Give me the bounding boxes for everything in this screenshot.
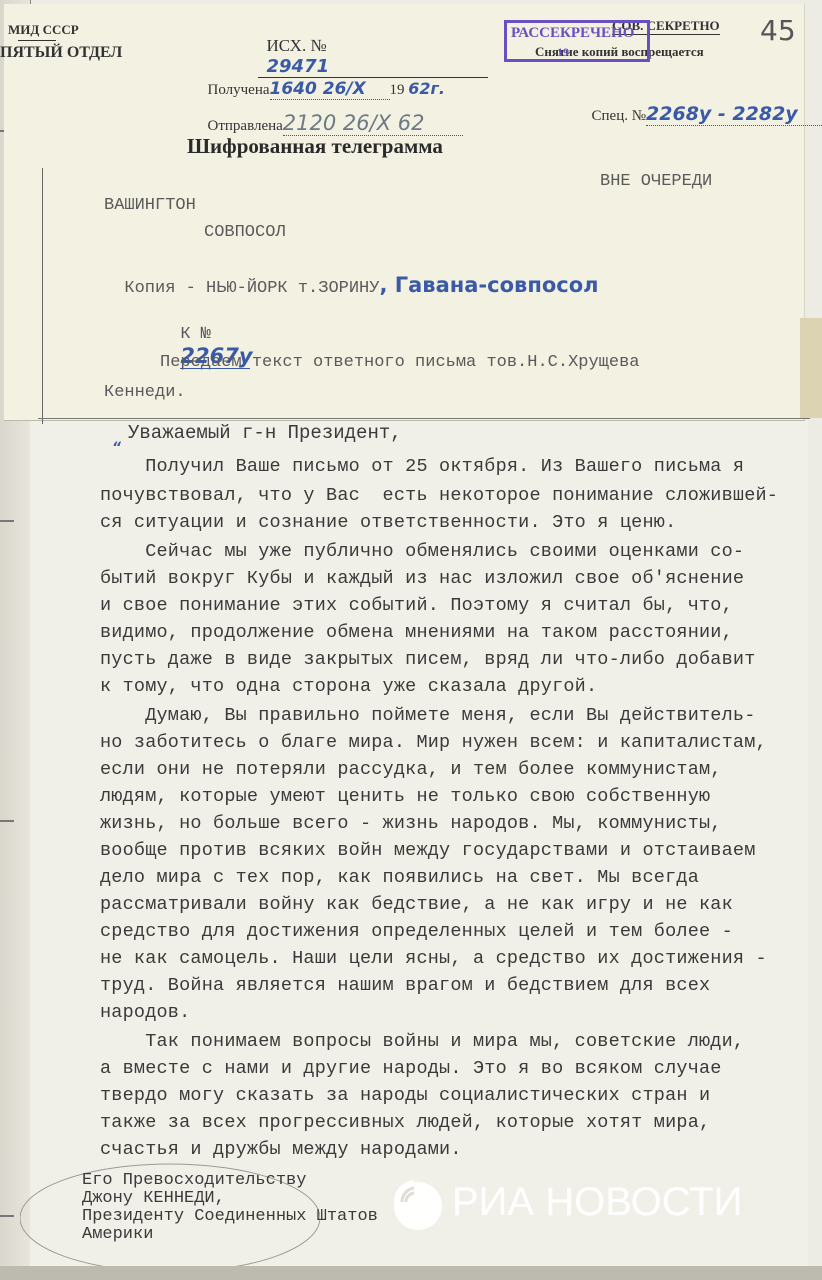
- page-number: 45: [760, 14, 796, 47]
- letter-line: труд. Война является нашим врагом и бедс…: [100, 975, 710, 996]
- spec-label: Спец. №: [592, 108, 647, 124]
- sent-field: Отправлена2120 26/X 62: [200, 94, 463, 136]
- addressee-line: Его Превосходительству: [82, 1172, 306, 1190]
- letter-line: Думаю, Вы правильно поймете меня, если В…: [100, 705, 756, 726]
- sent-label: Отправлена: [208, 118, 283, 134]
- department-label: ПЯТЫЙ ОТДЕЛ: [0, 44, 122, 62]
- margin-mark: “: [112, 440, 121, 456]
- intro-line-2: Кеннеди.: [104, 383, 186, 402]
- letter-line: народов.: [100, 1002, 190, 1023]
- copy-line: Копия - НЬЮ-ЙОРК т.ЗОРИНУ, Гавана-совпос…: [104, 254, 599, 298]
- ria-novosti-watermark: РИА НОВОСТИ: [384, 1172, 742, 1232]
- letter-salutation: Уважаемый г-н Президент,: [128, 422, 402, 444]
- letter-line: почувствовал, что у Вас есть некоторое п…: [100, 485, 778, 506]
- copy-line-handwritten: , Гавана-совпосол: [379, 273, 598, 297]
- intro-line-1: Передаем текст ответного письма тов.Н.С.…: [160, 353, 639, 372]
- letter-line: бытий вокруг Кубы и каждый из нас изложи…: [100, 568, 744, 589]
- reference-label: К №: [180, 325, 211, 344]
- letter-line: вообще против всяких войн между государс…: [100, 840, 756, 861]
- page-edge-mark: [0, 820, 14, 822]
- declassified-stamp: РАССЕКРЕЧЕНО 19: [504, 20, 650, 62]
- page-edge-mark: [0, 520, 14, 522]
- letter-line: рассматривали войну как бедствие, а не к…: [100, 894, 733, 915]
- outgoing-number-label: ИСХ. №: [267, 36, 327, 55]
- letter-line: Получил Ваше письмо от 25 октября. Из Ва…: [100, 456, 744, 477]
- letter-line: людям, которые умеют ценить не только св…: [100, 786, 710, 807]
- sent-value: 2120 26/X 62: [283, 111, 425, 135]
- letter-line: ся ситуации и сознание ответственности. …: [100, 512, 676, 533]
- letter-line: видимо, продолжение обмена мнениями на т…: [100, 622, 733, 643]
- letter-line: Сейчас мы уже публично обменялись своими…: [100, 541, 744, 562]
- letter-line: пусть даже в виде закрытых писем, вряд л…: [100, 649, 756, 670]
- letter-line: если они не потеряли рассудка, и тем бол…: [100, 759, 722, 780]
- declassified-stamp-date: 19: [557, 45, 569, 60]
- letter-line: твердо могу сказать за народы социалисти…: [100, 1085, 710, 1106]
- letter-line: но заботитесь о благе мира. Мир нужен вс…: [100, 732, 767, 753]
- addressee-line: Джону КЕННЕДИ,: [82, 1190, 225, 1208]
- scan-bottom-edge: [0, 1266, 822, 1280]
- letter-line: а вместе с нами и другие народы. Это я в…: [100, 1058, 722, 1079]
- tape-strip: [800, 318, 822, 418]
- letter-line: и свое понимание этих событий. Поэтому я…: [100, 595, 733, 616]
- spec-field: Спец. №2268у - 2282у: [584, 86, 822, 126]
- letter-line: не как самоцель. Наши цели ясны, а средс…: [100, 948, 767, 969]
- letter-line: к тому, что одна сторона уже сказала дру…: [100, 676, 597, 697]
- stamp-rule: [511, 59, 617, 61]
- spec-value: 2268у - 2282у: [646, 103, 798, 125]
- form-border-left: [42, 168, 43, 424]
- letter-line: дело мира с тех пор, как появились на св…: [100, 867, 699, 888]
- declassified-stamp-text: РАССЕКРЕЧЕНО: [511, 25, 634, 41]
- destination-office: СОВПОСОЛ: [204, 223, 286, 242]
- addressee-line: Президенту Соединенных Штатов: [82, 1208, 378, 1226]
- ministry-label: МИД СССР: [8, 22, 79, 38]
- telegram-title: Шифрованная телеграмма: [187, 134, 443, 159]
- destination-city: ВАШИНГТОН: [104, 196, 196, 215]
- letter-line: счастья и дружбы между народами.: [100, 1139, 462, 1160]
- letter-line: средство для достижения определенных цел…: [100, 921, 733, 942]
- ria-logo-icon: [384, 1172, 444, 1232]
- copy-line-typed: Копия - НЬЮ-ЙОРК т.ЗОРИНУ: [124, 279, 379, 298]
- page-edge-mark: [0, 1215, 14, 1217]
- ria-watermark-text: РИА НОВОСТИ: [452, 1180, 742, 1225]
- addressee-line: Америки: [82, 1226, 153, 1244]
- letter-line: Так понимаем вопросы войны и мира мы, со…: [100, 1031, 744, 1052]
- priority-label: ВНЕ ОЧЕРЕДИ: [600, 172, 712, 191]
- letter-line: жизнь, но больше всего - жизнь народов. …: [100, 813, 722, 834]
- form-border-bottom: [38, 418, 810, 419]
- ministry-divider: [18, 40, 56, 41]
- letter-line: также за всех прогрессивных людей, котор…: [100, 1112, 710, 1133]
